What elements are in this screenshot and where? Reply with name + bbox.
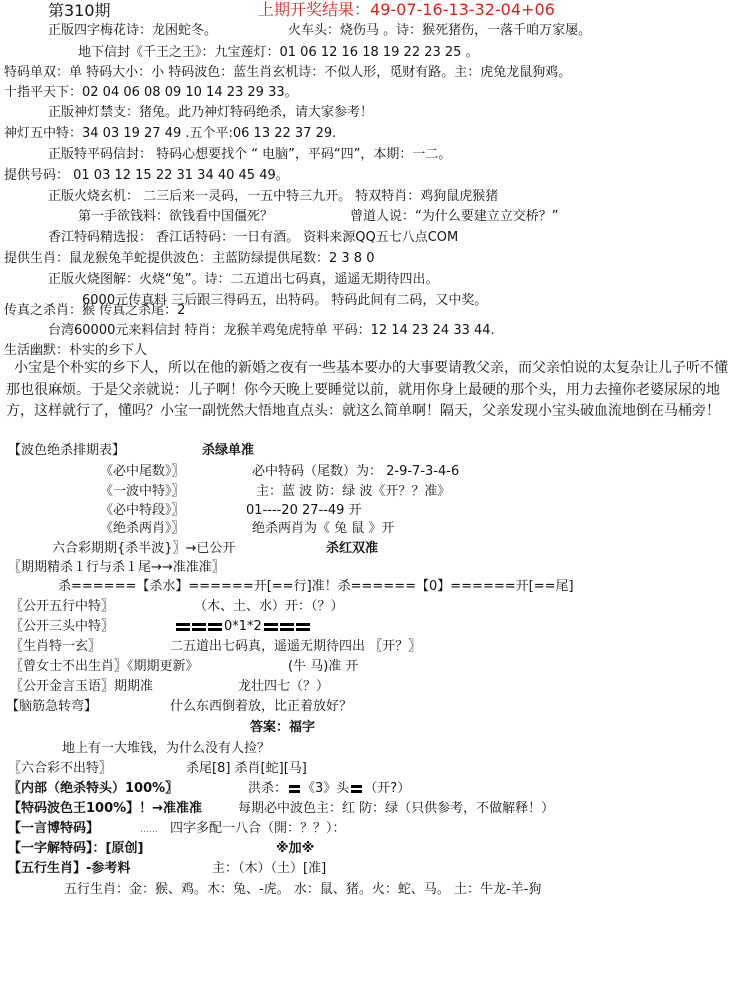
half-wave-verdict: 杀红双准 xyxy=(326,540,378,557)
one-word-value: 四字多配一八合（開：？？）： xyxy=(170,820,346,837)
riddle-label: 【脑筋急转弯】 xyxy=(6,698,97,715)
public-label: 〖公开五行中特〗 xyxy=(10,598,114,615)
internal-kill-value: 洪杀：《3》头（开?） xyxy=(248,780,410,797)
wave-table-title: 【波色绝杀排期表】 xyxy=(8,442,125,459)
internal-kill-label: 〖内部（绝杀特头）100%〗 xyxy=(8,780,178,797)
wave-row-label: 《必中特段》〗 xyxy=(100,502,185,519)
issue-number: 第310期 xyxy=(48,2,111,19)
provided-numbers: 提供号码： 01 03 12 15 22 31 34 40 45 49。 xyxy=(4,167,289,184)
result-numbers: 49-07-16-13-32-04+06 xyxy=(370,0,555,19)
humor-story: 小宝是个朴实的乡下人，所以在他的新婚之夜有一些基本要办的大事要请教父亲，而父亲怕… xyxy=(6,358,736,423)
public-label: 〖公开金言玉语〗期期准 xyxy=(10,678,153,695)
lamp-five: 神灯五中特：34 03 19 27 49 .五个平:06 13 22 37 29… xyxy=(4,125,336,142)
half-wave-label: 六合彩期期{杀半波}〗→已公开 xyxy=(52,540,235,557)
no-special-value: 杀尾[8] 杀肖[蛇][马] xyxy=(186,760,307,777)
wave-row-value: 必中特码（尾数）为： 2-9-7-3-4-6 xyxy=(252,463,459,480)
one-char-value: ※加※ xyxy=(276,840,314,857)
last-result: 上期开奖结果：49-07-16-13-32-04+06 xyxy=(258,1,555,18)
zeng-daoren: 曾道人说：“为什么要建立立交桥？” xyxy=(350,208,558,225)
public-label: 〖公开三头中特〗 xyxy=(10,618,114,635)
kill-section-title: 〖期期精杀１行与杀１尾→→准准准〗 xyxy=(8,559,225,576)
wave-row-value: 绝杀两肖为《 兔 鼠 》开 xyxy=(252,520,394,537)
public-value: 二五道出七码真，遥遥无期待四出 〖开？〗 xyxy=(170,638,421,655)
one-word-dots: …… xyxy=(140,822,158,839)
no-special-label: 〖六合彩不出特〗 xyxy=(8,760,112,777)
train-head: 火车头：烧伤马 。诗：猴死猪伤，一落千咱万家屡。 xyxy=(288,22,591,39)
plum-poem: 正版四字梅花诗：龙困蛇冬。 xyxy=(48,22,217,39)
one-char-label: 【一字解特码】：[原创] xyxy=(8,840,143,857)
wave-row-value: 01----20 27--49 开 xyxy=(246,502,362,519)
special-code-info: 特码单双：单 特码大小：小 特码波色：蓝生肖玄机诗：不似人形，觅财有路。主：虎兔… xyxy=(4,64,571,81)
five-elements-main: 主：（木）（土）[准] xyxy=(212,860,326,877)
wave-row-label: 《必中尾数》〗 xyxy=(100,463,185,480)
wave-row-label: 《一波中特》〗 xyxy=(100,483,185,500)
kill-section-line: 杀======【杀水】======开[==行]准！杀======【0】=====… xyxy=(58,578,574,595)
lamp-forbidden: 正版神灯禁支：猪兔。此乃神灯特码绝杀，请大家参考！ xyxy=(48,104,373,121)
result-label: 上期开奖结果： xyxy=(258,0,370,19)
public-label: 〖曾女士不出生肖〗《期期更新》 xyxy=(10,658,199,675)
xiangjiang-report: 香江特码精选报： 香江话特码：一日有酒。 资料来源QQ五七八点COM xyxy=(48,229,458,246)
bar-icon xyxy=(176,618,224,635)
five-elements-zodiac: 五行生肖：金：猴、鸡。木：兔、-虎。 水：鼠、猪。火：蛇、马。 土：牛龙-羊-狗 xyxy=(64,881,541,898)
three-heads: 0*1*2 xyxy=(176,618,312,635)
wave-table-verdict: 杀绿单准 xyxy=(202,442,254,459)
public-value: (牛 马)准 开 xyxy=(288,658,358,675)
fire-diagram: 正版火烧图解：火烧“兔”。诗：二五道出七码真，遥遥无期待四出。 xyxy=(48,271,438,288)
special-envelope: 正版特平码信封： 特码心想要找个 “ 电脑”，平码“四”，本期：一二。 xyxy=(48,146,451,163)
humor-title: 生活幽默：朴实的乡下人 xyxy=(4,342,147,359)
fax-kill: 传真之杀肖：猴 传真之杀尾：2 xyxy=(4,302,185,319)
wave-king-value: 每期必中波色主：红 防：绿（只供参考，不做解释！） xyxy=(238,800,554,817)
one-word-label: 【一言博特码】 xyxy=(8,820,99,837)
riddle-question: 什么东西倒着放，比正着放好？ xyxy=(170,698,352,715)
first-hand: 第一手欲钱料：欲钱看中国僵死？ xyxy=(78,208,273,225)
bar-icon xyxy=(351,785,362,793)
public-value: 0*1*2 xyxy=(224,619,262,634)
five-elements-label: 【五行生肖】-参考料 xyxy=(8,860,130,877)
riddle-answer: 答案：福字 xyxy=(250,719,315,736)
wave-row-value: 主：蓝 波 防：绿 波《开？？准》 xyxy=(256,483,450,500)
riddle-question-2: 地上有一大堆钱，为什么没有人捡？ xyxy=(62,740,270,757)
public-label: 〖生肖特一玄〗 xyxy=(10,638,101,655)
bar-icon xyxy=(289,785,300,793)
wave-row-label: 《绝杀两肖》〗 xyxy=(100,520,185,537)
taiwan-envelope: 台湾60000元来料信封 特肖：龙猴羊鸡兔虎特单 平码：12 14 23 24 … xyxy=(48,322,495,339)
ten-fingers: 十指平天下：02 04 06 08 09 10 14 23 29 33。 xyxy=(4,84,298,101)
underground-envelope: 地下信封《千王之王》：九宝莲灯：01 06 12 16 18 19 22 23 … xyxy=(78,44,479,61)
public-value: 龙壮四七（？） xyxy=(238,678,329,695)
bar-icon xyxy=(262,618,312,635)
fire-mystery: 正版火烧玄机： 二三后来一灵码，一五中特三九开。 特双特肖：鸡狗鼠虎猴猪 xyxy=(48,188,498,205)
wave-king-label: 【特码波色王100%】！→准准准 xyxy=(8,800,202,817)
provided-zodiac: 提供生肖：鼠龙猴兔羊蛇提供波色：主蓝防绿提供尾数：2 3 8 0 xyxy=(4,250,374,267)
public-value: （木、土、水）开：（？） xyxy=(194,598,344,615)
